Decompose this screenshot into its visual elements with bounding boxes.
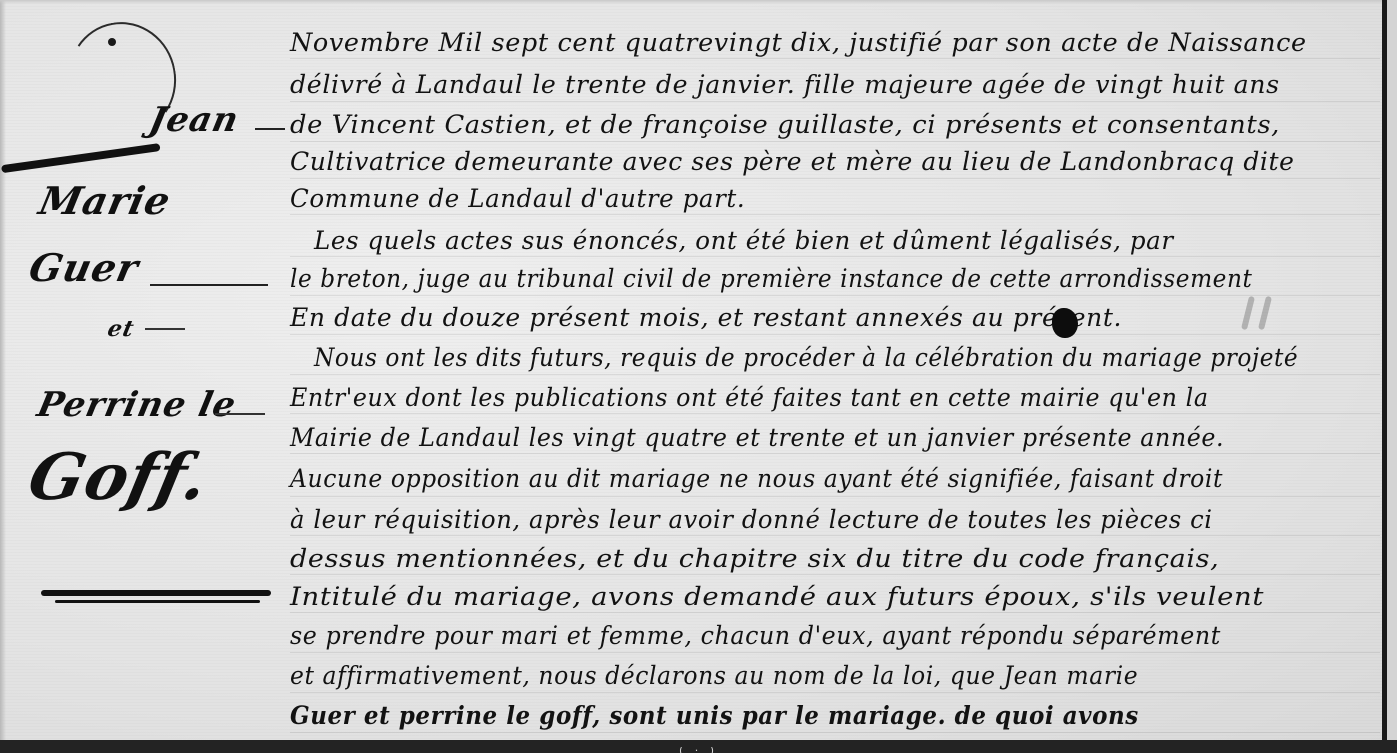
margin-names-column: Jean Marie Guer et Perrine le Goff. [0,0,290,740]
bleed-through-mark [1241,296,1255,330]
text-line: Novembre Mil sept cent quatrevingt dix, … [290,28,1307,57]
text-line: dessus mentionnées, et du chapitre six d… [290,544,1219,573]
text-line: délivré à Landaul le trente de janvier. … [290,70,1280,99]
ruling-line [290,178,1380,179]
margin-name-marie: Marie [35,178,175,223]
text-line: Commune de Landaul d'autre part. [290,184,745,213]
text-line: Aucune opposition au dit mariage ne nous… [290,464,1223,493]
ruling-line [290,58,1380,59]
scanned-document-page: Jean Marie Guer et Perrine le Goff. Nove… [0,0,1397,740]
ruling-line [290,732,1380,733]
text-line: de Vincent Castien, et de françoise guil… [290,110,1280,139]
ruling-line [290,101,1380,102]
text-line: Guer et perrine le goff, sont unis par l… [290,701,1139,730]
ruling-line [290,496,1380,497]
ruling-line [290,256,1380,257]
flourish-dot [108,38,116,46]
margin-name-goff: Goff. [22,440,215,515]
ruling-line [290,374,1380,375]
ruling-line [290,334,1380,335]
margin-name-guer: Guer [25,245,143,290]
ruling-line [290,574,1380,575]
ruling-line [290,692,1380,693]
name-tail-stroke [255,128,285,130]
text-line: se prendre pour mari et femme, chacun d'… [290,621,1221,650]
text-line: et affirmativement, nous déclarons au no… [290,661,1138,690]
ruling-line [290,141,1380,142]
toolbar-control-icon[interactable]: ( · ) [679,747,718,753]
ruling-line [290,413,1380,414]
text-line: Entr'eux dont les publications ont été f… [290,383,1209,412]
ruling-line [290,612,1380,613]
ruling-line [290,295,1380,296]
text-line: Cultivatrice demeurante avec ses père et… [290,147,1295,176]
name-tail-stroke [150,284,268,286]
name-tail-stroke [215,413,265,415]
text-line: Nous ont les dits futurs, requis de proc… [314,343,1298,372]
margin-name-jean: Jean [146,100,243,140]
ink-blot [1052,308,1078,338]
name-tail-stroke [145,328,185,330]
margin-name-perrine-le: Perrine le [34,385,240,425]
margin-double-underline [55,600,260,603]
text-line: le breton, juge au tribunal civil de pre… [290,264,1252,293]
text-line: Les quels actes sus énoncés, ont été bie… [314,226,1174,255]
ruling-line [290,453,1380,454]
margin-double-underline [41,590,271,596]
ruling-line [290,214,1380,215]
viewer-bottom-toolbar[interactable]: ( · ) [0,740,1397,753]
ruling-line [290,652,1380,653]
text-line: à leur réquisition, après leur avoir don… [290,505,1213,534]
bleed-through-mark [1258,296,1272,330]
image-viewer: Jean Marie Guer et Perrine le Goff. Nove… [0,0,1397,753]
ruling-line [290,535,1380,536]
margin-conjunction-et: et [105,316,137,342]
text-line: Mairie de Landaul les vingt quatre et tr… [290,423,1224,452]
text-line: Intitulé du mariage, avons demandé aux f… [290,582,1264,611]
page-right-margin [1387,0,1397,740]
swash-stroke [1,143,161,173]
text-line: En date du douze présent mois, et restan… [290,303,1122,332]
